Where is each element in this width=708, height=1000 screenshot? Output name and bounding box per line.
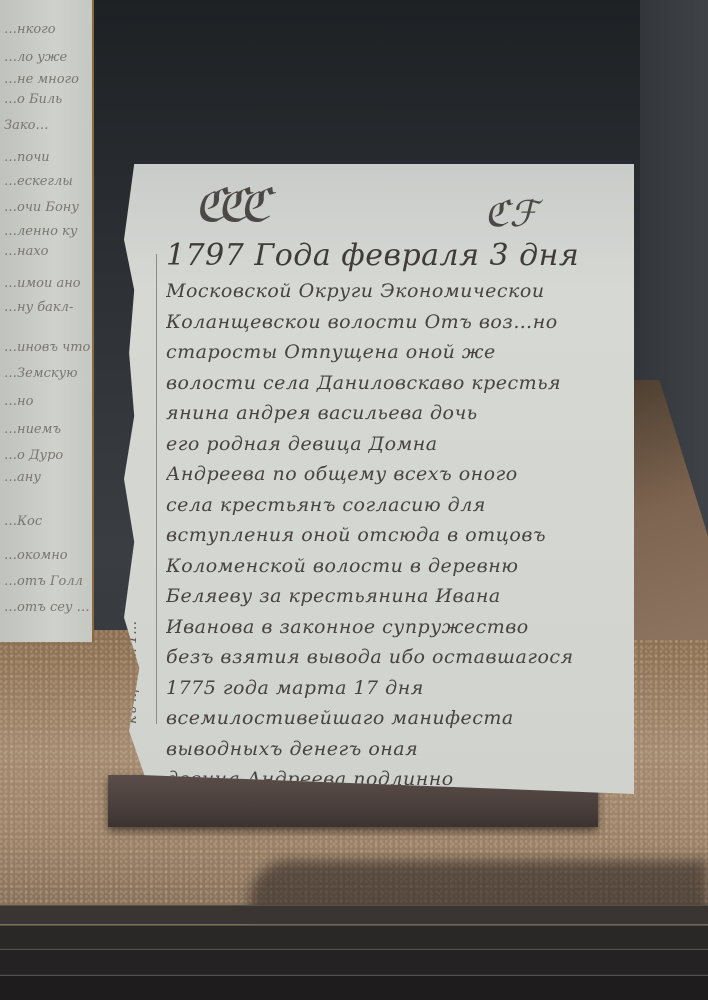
document-line: Коломенской волости в деревню — [166, 551, 620, 582]
adjacent-doc-line: …отъ Голл — [4, 574, 83, 589]
adjacent-doc-line: …ану — [4, 470, 41, 485]
adjacent-doc-line: …окомно — [4, 548, 68, 563]
document-line: Московской Округи Экономическои — [166, 276, 620, 307]
adjacent-doc-line: …очи Бону — [4, 200, 79, 215]
document-line: янина андрея васильева дочь — [166, 398, 620, 429]
adjacent-doc-line: …не много — [4, 72, 79, 87]
adjacent-doc-line: …ну бакл- — [4, 300, 73, 315]
adjacent-doc-line: …Кос — [4, 514, 42, 529]
document-line: старосты Отпущена оной же — [166, 337, 620, 368]
adjacent-doc-line: …нкого — [4, 22, 56, 37]
adjacent-doc-line: …о Дуро — [4, 448, 63, 463]
document-line: вступления оной отсюда в отцовъ — [166, 520, 620, 551]
adjacent-doc-line: …ло уже — [4, 50, 67, 65]
document-line: его родная девица Домна — [166, 429, 620, 460]
document-date-line: 1797 Года февраля 3 дня — [166, 236, 620, 276]
frame-rail — [0, 975, 708, 1000]
adjacent-doc-line: …почи — [4, 150, 50, 165]
adjacent-doc-line: …о Биль — [4, 92, 62, 107]
document-line: Коланщевскои волости Отъ воз…но — [166, 307, 620, 338]
document-line: всемилостивейшаго манифеста — [166, 703, 620, 734]
document-line: безъ взятия вывода ибо оставшагося — [166, 642, 620, 673]
adjacent-doc-line: Зако… — [4, 118, 48, 133]
document-line: села крестьянъ согласию для — [166, 490, 620, 521]
adjacent-doc-line: …ниемъ — [4, 422, 61, 437]
display-case-scene: …нкого …ло уже …не много …о Биль Зако… …… — [0, 0, 708, 1000]
adjacent-doc-line: …но — [4, 394, 33, 409]
main-document: ℭℭℭ ℭℱ къ прот… 1… 1797 Года февраля 3 д… — [124, 164, 634, 794]
document-line: 1775 года марта 17 дня — [166, 673, 620, 704]
adjacent-doc-line: …Земскую — [4, 366, 78, 381]
document-line: Андреева по общему всехъ оного — [166, 459, 620, 490]
frame-rail — [0, 949, 708, 974]
monogram-flourish-left: ℭℭℭ — [194, 178, 261, 232]
document-line: Беляеву за крестьянина Ивана — [166, 581, 620, 612]
adjacent-doc-line: …ескеглы — [4, 174, 73, 189]
adjacent-document: …нкого …ло уже …не много …о Биль Зако… …… — [0, 0, 94, 642]
adjacent-doc-line: …иновъ что — [4, 340, 90, 355]
document-line: выводныхъ денегъ оная — [166, 734, 620, 765]
adjacent-doc-line: …ленно ку — [4, 224, 77, 239]
frame-rail — [0, 905, 708, 924]
frame-rail — [0, 925, 708, 948]
adjacent-doc-line: …нахо — [4, 244, 48, 259]
monogram-flourish-right: ℭℱ — [484, 194, 538, 235]
adjacent-doc-line: …отъ сеу … — [4, 600, 90, 615]
document-line: волости села Даниловскаво крестья — [166, 368, 620, 399]
document-line: Иванова в законное супружество — [166, 612, 620, 643]
adjacent-doc-line: …имои ано — [4, 276, 81, 291]
margin-rule — [156, 254, 157, 724]
